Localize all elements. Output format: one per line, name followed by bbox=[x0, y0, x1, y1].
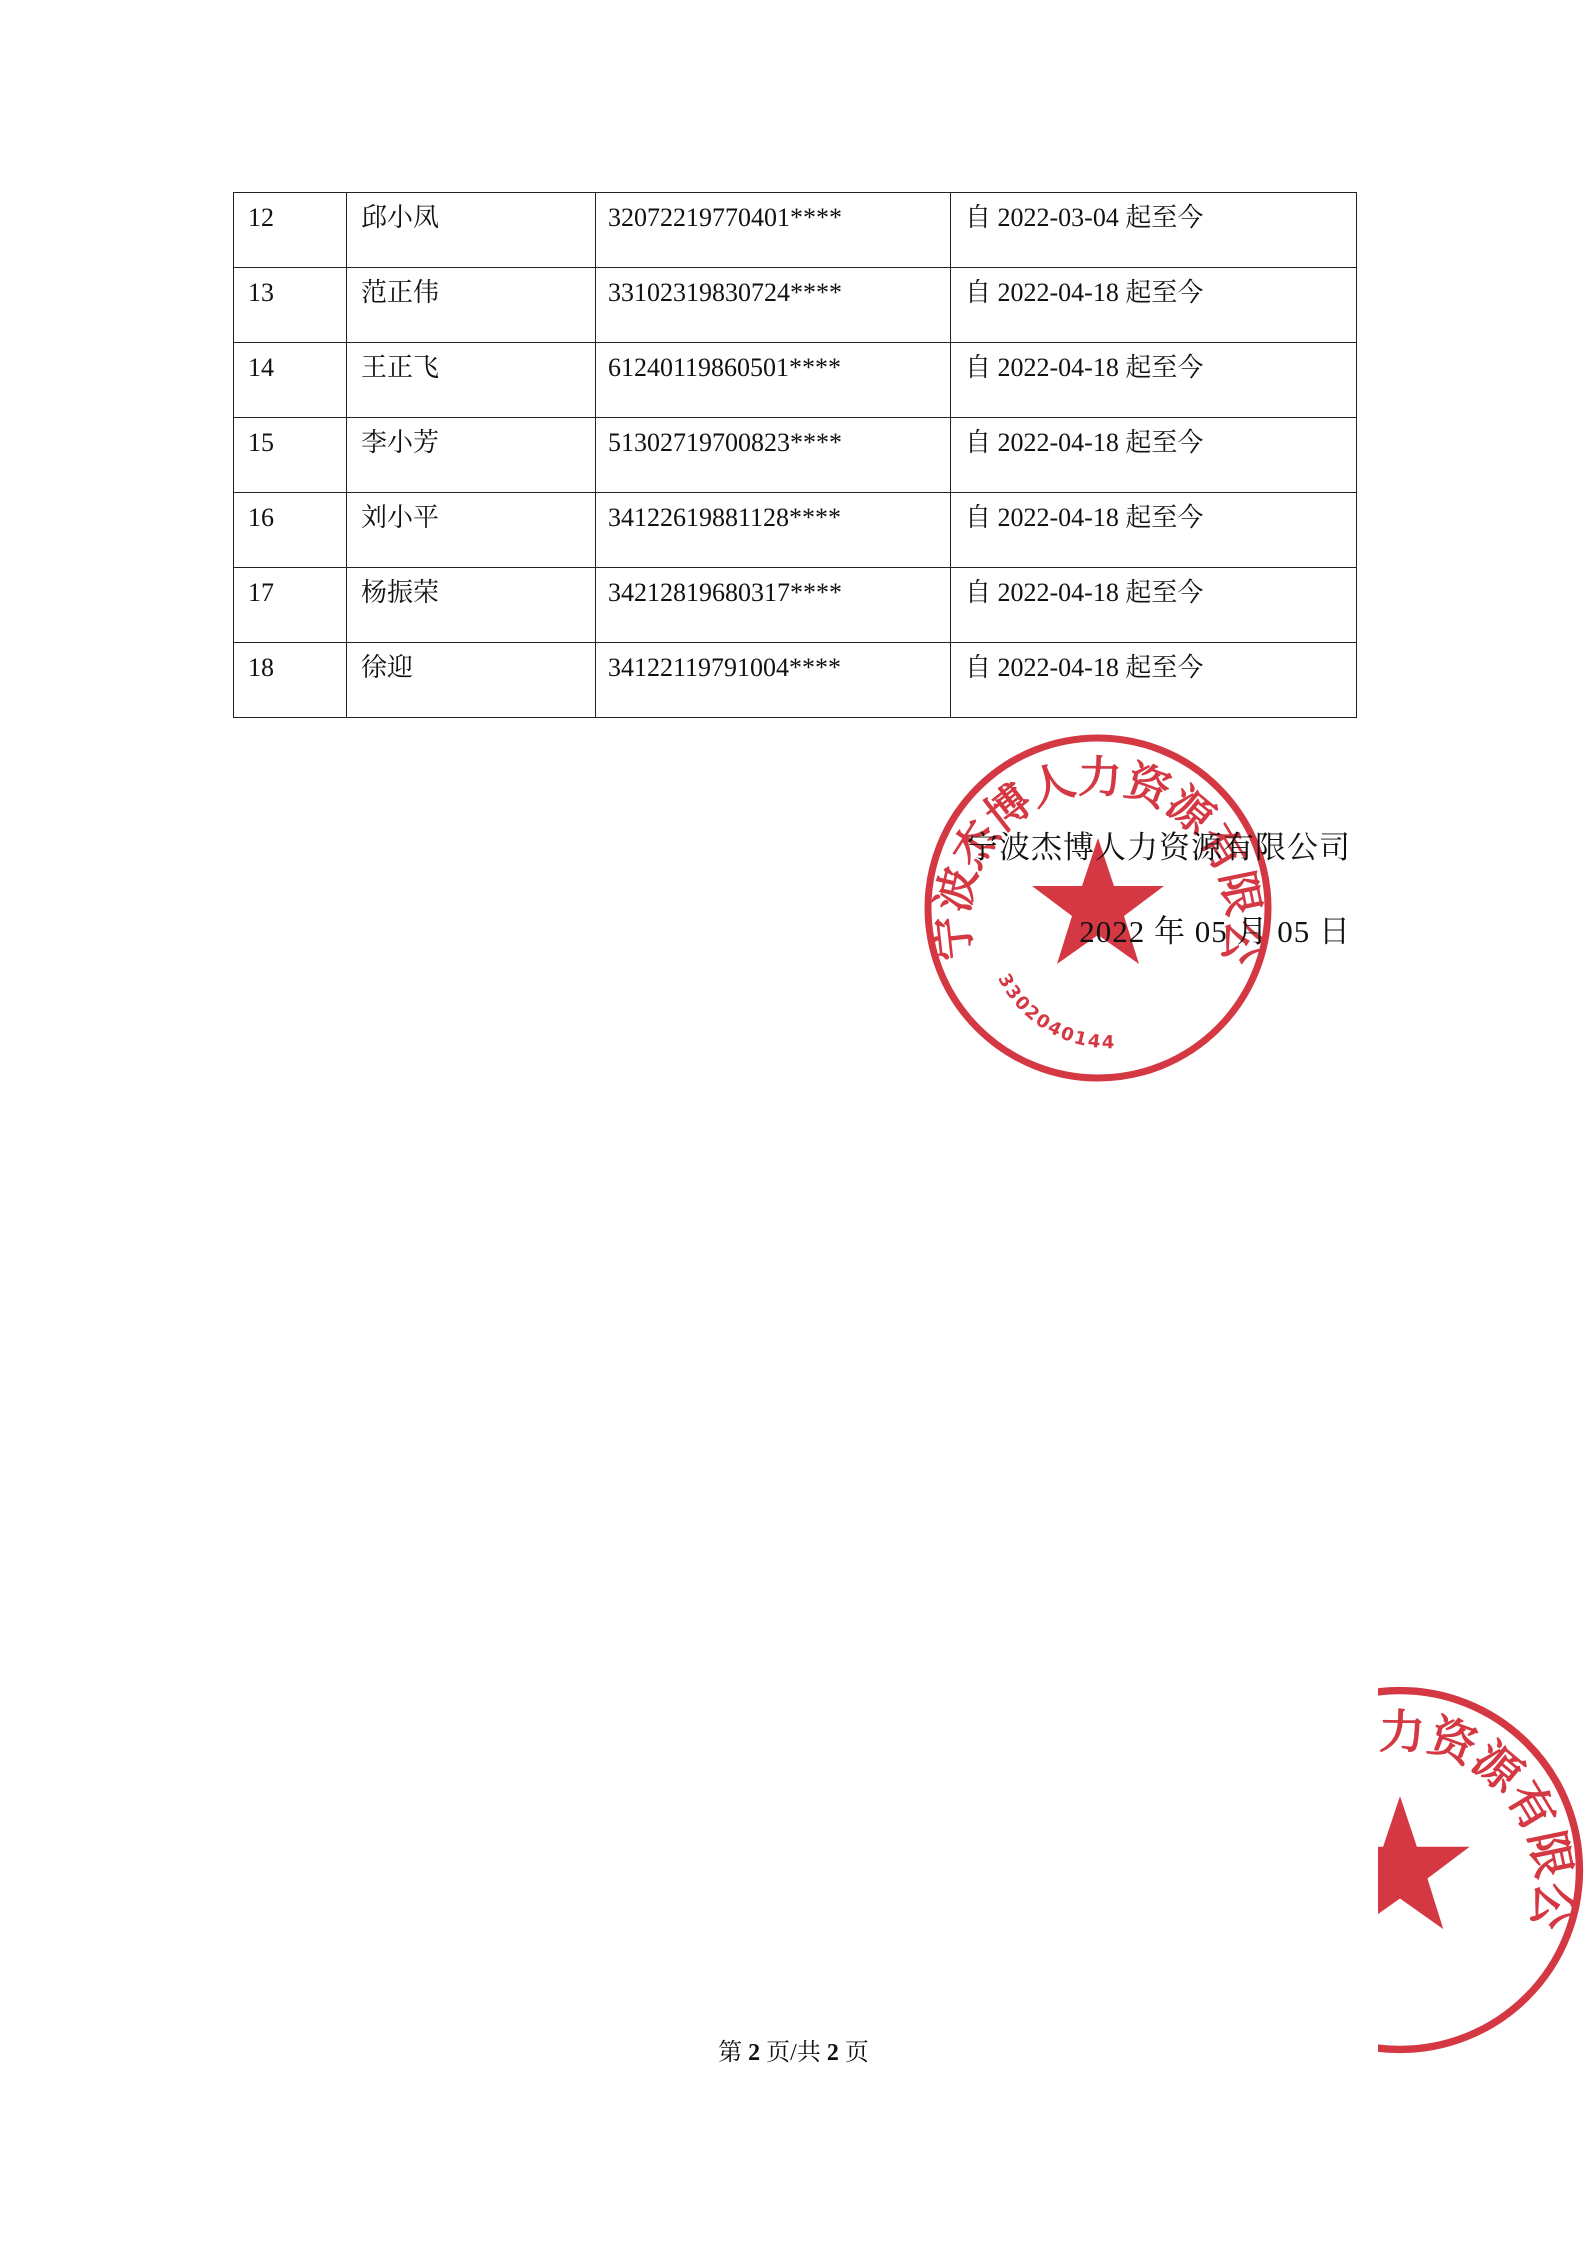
cell-no: 17 bbox=[234, 568, 347, 643]
cell-no: 14 bbox=[234, 343, 347, 418]
cell-no: 15 bbox=[234, 418, 347, 493]
cell-period: 自 2022-04-18 起至今 bbox=[951, 493, 1357, 568]
cell-period: 自 2022-04-18 起至今 bbox=[951, 568, 1357, 643]
cell-no: 13 bbox=[234, 268, 347, 343]
footer-prefix: 第 bbox=[718, 2040, 742, 2066]
cell-id: 51302719700823**** bbox=[596, 418, 951, 493]
table-row: 13范正伟33102319830724****自 2022-04-18 起至今 bbox=[234, 268, 1357, 343]
table-row: 16刘小平34122619881128****自 2022-04-18 起至今 bbox=[234, 493, 1357, 568]
cell-name: 王正飞 bbox=[347, 343, 596, 418]
table-row: 18徐迎34122119791004****自 2022-04-18 起至今 bbox=[234, 643, 1357, 718]
current-page: 2 bbox=[748, 2040, 760, 2066]
table-row: 12邱小凤32072219770401****自 2022-03-04 起至今 bbox=[234, 193, 1357, 268]
cell-period: 自 2022-04-18 起至今 bbox=[951, 343, 1357, 418]
signature-company: 宁波杰博人力资源有限公司 bbox=[967, 822, 1351, 867]
cell-name: 杨振荣 bbox=[347, 568, 596, 643]
cell-id: 34122119791004**** bbox=[596, 643, 951, 718]
table-row: 17杨振荣34212819680317****自 2022-04-18 起至今 bbox=[234, 568, 1357, 643]
cell-name: 范正伟 bbox=[347, 268, 596, 343]
cell-name: 李小芳 bbox=[347, 418, 596, 493]
cell-id: 34212819680317**** bbox=[596, 568, 951, 643]
footer-middle: 页/共 bbox=[766, 2040, 821, 2066]
cell-no: 12 bbox=[234, 193, 347, 268]
cell-period: 自 2022-04-18 起至今 bbox=[951, 418, 1357, 493]
cell-period: 自 2022-04-18 起至今 bbox=[951, 268, 1357, 343]
total-pages: 2 bbox=[827, 2040, 839, 2066]
cell-name: 刘小平 bbox=[347, 493, 596, 568]
table-row: 14王正飞61240119860501****自 2022-04-18 起至今 bbox=[234, 343, 1357, 418]
cell-name: 邱小凤 bbox=[347, 193, 596, 268]
employee-table: 12邱小凤32072219770401****自 2022-03-04 起至今1… bbox=[233, 192, 1357, 718]
cell-id: 34122619881128**** bbox=[596, 493, 951, 568]
star-icon bbox=[1378, 1796, 1470, 1929]
cell-no: 18 bbox=[234, 643, 347, 718]
cell-id: 32072219770401**** bbox=[596, 193, 951, 268]
footer-suffix: 页 bbox=[845, 2040, 869, 2066]
cell-id: 33102319830724**** bbox=[596, 268, 951, 343]
table-row: 15李小芳51302719700823****自 2022-04-18 起至今 bbox=[234, 418, 1357, 493]
partial-seal-edge: 宁波杰博人力资源有限公司 bbox=[1378, 1660, 1587, 2080]
signature-date: 2022 年 05 月 05 日 bbox=[1079, 906, 1351, 951]
cell-period: 自 2022-04-18 起至今 bbox=[951, 643, 1357, 718]
cell-no: 16 bbox=[234, 493, 347, 568]
cell-name: 徐迎 bbox=[347, 643, 596, 718]
cell-id: 61240119860501**** bbox=[596, 343, 951, 418]
page-footer: 第 2 页/共 2 页 bbox=[0, 2032, 1587, 2067]
cell-period: 自 2022-03-04 起至今 bbox=[951, 193, 1357, 268]
